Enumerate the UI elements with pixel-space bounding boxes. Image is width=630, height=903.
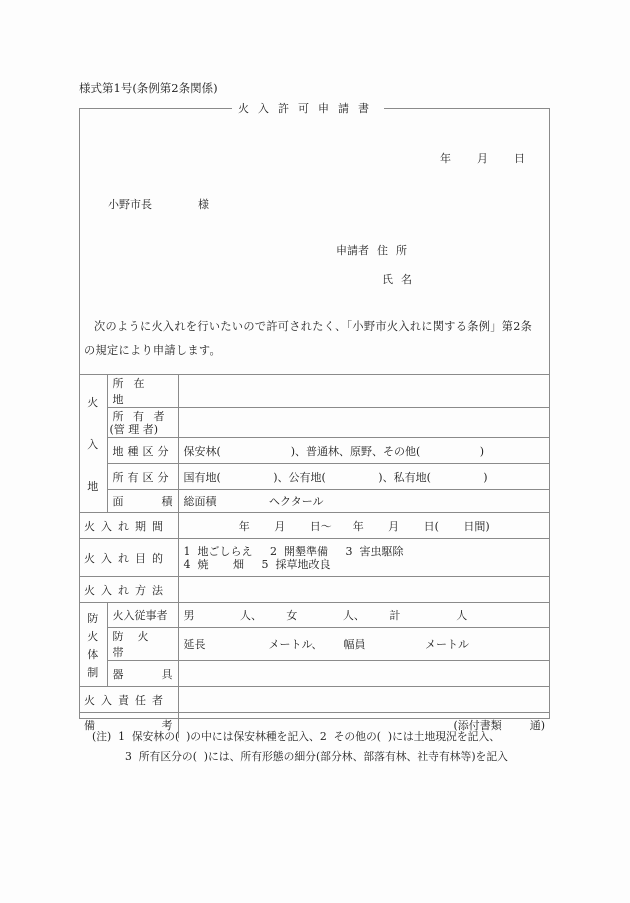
label-owner: 所 有 者 (管 理 者) xyxy=(107,408,178,438)
applicant-name-row[interactable]: 氏名 xyxy=(382,271,420,287)
label-period: 火入れ期間 xyxy=(79,513,178,539)
label-supervisor: 火入責任者 xyxy=(79,687,178,713)
row-equipment: 器具 xyxy=(79,661,550,687)
note-line2: 3 所有区分の( )には、所有形態の細分(部分林、部落有林、社寺有林等)を記入 xyxy=(125,749,508,764)
application-table: 火 入 地 所在地 所 有 者 (管 理 者) 地種区分 保安林( )、普通林、… xyxy=(79,374,550,738)
document-title: 火入許可申請書 xyxy=(232,100,384,116)
purpose-line1: 1 地ごしらえ 2 開墾準備 3 害虫駆除 xyxy=(184,545,546,558)
applicant-address-row[interactable]: 申請者住所 xyxy=(336,242,415,258)
name-label: 氏名 xyxy=(382,273,420,286)
workers-input[interactable]: 男 人、 女 人、 計 人 xyxy=(178,603,550,628)
area-input[interactable]: 総面積 ヘクタール xyxy=(178,490,550,513)
honorific: 様 xyxy=(198,198,209,211)
row-location: 火 入 地 所在地 xyxy=(79,375,550,408)
row-ownership: 所有区分 国有地( )、公有地( )、私有地( ) xyxy=(79,464,550,490)
addressee-name: 小野市長 xyxy=(108,198,152,211)
label-equipment: 器具 xyxy=(107,661,178,687)
day-label: 日 xyxy=(514,150,525,166)
label-firebreak: 防火帯 xyxy=(107,628,178,661)
label-location: 所在地 xyxy=(107,375,178,408)
intro-text-line2: の規定により申請します。 xyxy=(84,342,221,358)
label-land-type: 地種区分 xyxy=(107,438,178,464)
date-field[interactable]: 年月日 xyxy=(440,150,525,166)
label-workers: 火入従事者 xyxy=(107,603,178,628)
address-label: 住所 xyxy=(377,244,415,257)
label-area: 面積 xyxy=(107,490,178,513)
year-label: 年 xyxy=(440,150,451,166)
addressee: 小野市長様 xyxy=(108,196,209,212)
label-purpose: 火入れ目的 xyxy=(79,539,178,577)
supervisor-input[interactable] xyxy=(178,687,550,713)
row-period: 火入れ期間 年 月 日～ 年 月 日( 日間) xyxy=(79,513,550,539)
month-label: 月 xyxy=(477,150,488,166)
form-number: 様式第1号(条例第2条関係) xyxy=(79,80,218,96)
row-workers: 防 火 体 制 火入従事者 男 人、 女 人、 計 人 xyxy=(79,603,550,628)
note-line1: (注) 1 保安林の( )の中には保安林種を記入、2 その他の( )には土地現況… xyxy=(92,729,500,744)
group-fire-prevention: 防 火 体 制 xyxy=(79,603,107,687)
row-area: 面積 総面積 ヘクタール xyxy=(79,490,550,513)
label-method: 火入れ方法 xyxy=(79,577,178,603)
purpose-options[interactable]: 1 地ごしらえ 2 開墾準備 3 害虫駆除 4 焼 畑 5 採草地改良 xyxy=(178,539,550,577)
group-fire-site: 火 入 地 xyxy=(79,375,107,513)
firebreak-input[interactable]: 延長 メートル、 幅員 メートル xyxy=(178,628,550,661)
owner-input[interactable] xyxy=(178,408,550,438)
land-type-input[interactable]: 保安林( )、普通林、原野、その他( ) xyxy=(178,438,550,464)
period-input[interactable]: 年 月 日～ 年 月 日( 日間) xyxy=(178,513,550,539)
row-owner: 所 有 者 (管 理 者) xyxy=(79,408,550,438)
row-method: 火入れ方法 xyxy=(79,577,550,603)
purpose-line2: 4 焼 畑 5 採草地改良 xyxy=(184,558,546,571)
row-land-type: 地種区分 保安林( )、普通林、原野、その他( ) xyxy=(79,438,550,464)
row-supervisor: 火入責任者 xyxy=(79,687,550,713)
label-ownership: 所有区分 xyxy=(107,464,178,490)
applicant-label: 申請者 xyxy=(336,244,369,257)
row-purpose: 火入れ目的 1 地ごしらえ 2 開墾準備 3 害虫駆除 4 焼 畑 5 採草地改… xyxy=(79,539,550,577)
ownership-input[interactable]: 国有地( )、公有地( )、私有地( ) xyxy=(178,464,550,490)
method-input[interactable] xyxy=(178,577,550,603)
location-input[interactable] xyxy=(178,375,550,408)
equipment-input[interactable] xyxy=(178,661,550,687)
intro-text-line1: 次のように火入れを行いたいので許可されたく、「小野市火入れに関する条例」第2条 xyxy=(94,318,532,334)
row-firebreak: 防火帯 延長 メートル、 幅員 メートル xyxy=(79,628,550,661)
